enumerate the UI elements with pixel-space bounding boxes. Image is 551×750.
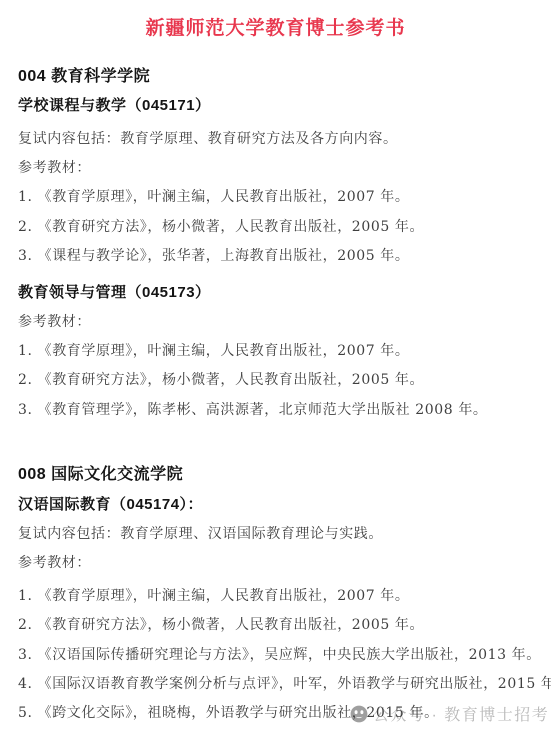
book-item: 4. 《国际汉语教育教学案例分析与点评》，叶军，外语教学与研究出版社，2015 …: [18, 673, 551, 693]
book-item: 2. 《教育研究方法》，杨小微著，人民教育出版社，2005 年。: [18, 614, 424, 634]
page-title: 新疆师范大学教育博士参考书: [0, 13, 551, 40]
book-item: 3. 《教育管理学》，陈孝彬、高洪源著，北京师范大学出版社 2008 年。: [18, 399, 488, 419]
materials-label: 参考教材：: [18, 311, 91, 331]
book-item: 3. 《汉语国际传播研究理论与方法》，吴应辉，中央民族大学出版社，2013 年。: [18, 644, 541, 664]
materials-label: 参考教材：: [18, 552, 91, 572]
materials-label: 参考教材：: [18, 157, 91, 177]
program-heading-045171: 学校课程与教学（045171）: [18, 94, 211, 115]
book-item: 1. 《教育学原理》，叶澜主编，人民教育出版社，2007 年。: [18, 186, 410, 206]
book-item: 2. 《教育研究方法》，杨小微著，人民教育出版社，2005 年。: [18, 216, 424, 236]
document-page: 公众号 · 教育博士招考 新疆师范大学教育博士参考书 004 教育科学学院 学校…: [0, 0, 551, 750]
college-heading-004: 004 教育科学学院: [18, 63, 150, 86]
book-item: 3. 《课程与教学论》，张华著，上海教育出版社，2005 年。: [18, 245, 410, 265]
book-item: 1. 《教育学原理》，叶澜主编，人民教育出版社，2007 年。: [18, 585, 410, 605]
book-item: 1. 《教育学原理》，叶澜主编，人民教育出版社，2007 年。: [18, 340, 410, 360]
book-item: 5. 《跨文化交际》，祖晓梅，外语教学与研究出版社，2015 年。: [18, 702, 439, 722]
program-heading-045174: 汉语国际教育（045174）：: [18, 493, 203, 514]
program-heading-045173: 教育领导与管理（045173）: [18, 281, 211, 302]
college-heading-008: 008 国际文化交流学院: [18, 461, 183, 484]
retest-content-line: 复试内容包括：教育学原理、教育研究方法及各方向内容。: [18, 128, 398, 148]
retest-content-line: 复试内容包括：教育学原理、汉语国际教育理论与实践。: [18, 523, 383, 543]
book-item: 2. 《教育研究方法》，杨小微著，人民教育出版社，2005 年。: [18, 369, 424, 389]
